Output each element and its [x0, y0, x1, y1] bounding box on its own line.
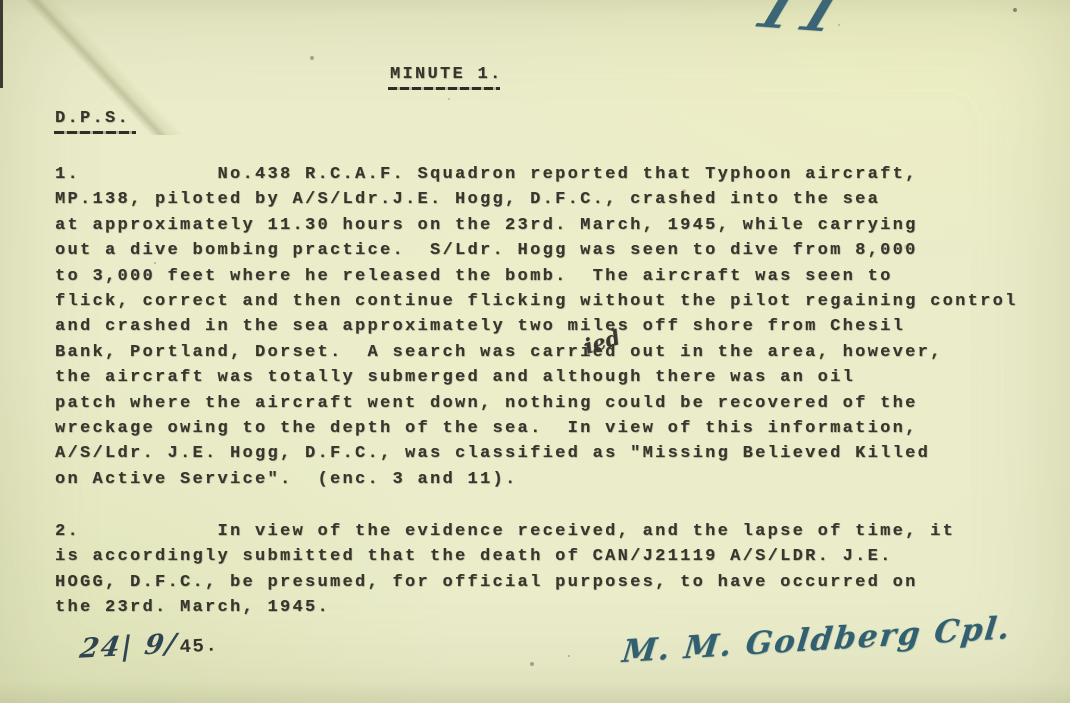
document-page: 11 MINUTE 1. D.P.S. 1. No.438 R.C.A.F. S… [0, 0, 1070, 703]
handwritten-date-day-month: 24| 9/ [78, 628, 180, 664]
paragraph-line: 2. In view of the evidence received, and… [55, 519, 955, 544]
document-title: MINUTE 1. [390, 62, 503, 87]
paragraph-line: the aircraft was totally submerged and a… [55, 365, 1018, 390]
paragraph-line: the 23rd. March, 1945. [55, 595, 955, 620]
paragraph-line: flick, correct and then continue flickin… [55, 289, 1018, 314]
paragraph-1: 1. No.438 R.C.A.F. Squadron reported tha… [55, 162, 1018, 492]
paragraph-line: wreckage owing to the depth of the sea. … [55, 416, 1018, 441]
paragraph-line: is accordingly submitted that the death … [55, 544, 955, 569]
paragraph-line: to 3,000 feet where he released the bomb… [55, 264, 1018, 289]
paragraph-line: 1. No.438 R.C.A.F. Squadron reported tha… [55, 162, 1018, 187]
paragraph-line: out a dive bombing practice. S/Ldr. Hogg… [55, 238, 1018, 263]
paragraph-line: and crashed in the sea approximately two… [55, 314, 1018, 339]
paragraph-line: A/S/Ldr. J.E. Hogg, D.F.C., was classifi… [55, 441, 1018, 466]
handwritten-date: 24| 9/45. [79, 626, 219, 664]
paragraph-2: 2. In view of the evidence received, and… [55, 519, 955, 621]
title-underline [388, 87, 500, 90]
paragraph-line: MP.138, piloted by A/S/Ldr.J.E. Hogg, D.… [55, 187, 1018, 212]
typed-date-year: 45. [179, 634, 219, 658]
paragraph-line: HOGG, D.F.C., be presumed, for official … [55, 570, 955, 595]
scan-edge-artifact [0, 0, 3, 88]
paragraph-line: on Active Service". (enc. 3 and 11). [55, 467, 1018, 492]
paragraph-line: at approximately 11.30 hours on the 23rd… [55, 213, 1018, 238]
recipient: D.P.S. [55, 106, 130, 131]
paragraph-line: Bank, Portland, Dorset. A search was car… [55, 340, 1018, 365]
recipient-underline [54, 131, 136, 134]
paragraph-line: patch where the aircraft went down, noth… [55, 391, 1018, 416]
handwritten-page-mark: 11 [746, 0, 856, 45]
